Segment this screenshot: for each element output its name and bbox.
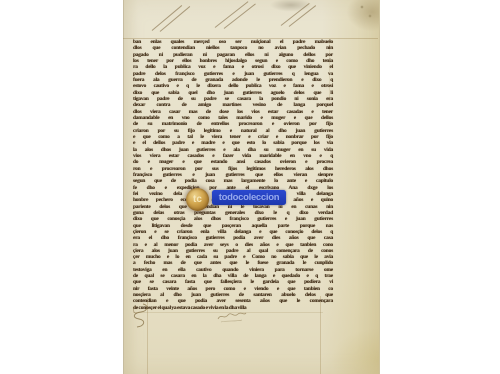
manuscript-line: dexar contra de amigo martines vesino de… xyxy=(133,102,333,108)
pen-scribble-doodle xyxy=(216,310,248,324)
todocoleccion-label: todocoleccion xyxy=(212,190,286,205)
manuscript-line: ra dello la publica voz e fama e otrosi … xyxy=(133,64,333,70)
manuscript-line: criaron por su fijo legitimo e natural a… xyxy=(133,128,333,134)
manuscript-line: ra e al menor podia aver seys o dies año… xyxy=(133,242,333,248)
manuscript-line: dlos que contendian niellos tanpoco no a… xyxy=(133,45,333,51)
manuscript-line: segun que de podia cosa mas largamente l… xyxy=(133,178,333,184)
manuscript-line: contendian e que podia aver sesenta años… xyxy=(133,298,333,304)
todocoleccion-watermark: tc todocoleccion xyxy=(186,187,287,213)
manuscript-line: ron e procrearon por sus fijos legitimos… xyxy=(133,166,333,172)
manuscript-line: dlos viera casar mas de dose los vios es… xyxy=(133,109,333,115)
manuscript-line: era el dho françisco gutierres podia ave… xyxy=(133,235,333,241)
manuscript-line: a fecho mas de que antes que le fuese gr… xyxy=(133,260,333,266)
manuscript-line: dixo que conosçia alos dhos françisco gu… xyxy=(133,216,333,222)
manuscript-line: do e muger e que estando ansi casados ov… xyxy=(133,159,333,165)
manuscript-line: la alos dhos juan gutierres e ala dha su… xyxy=(133,147,333,153)
todocoleccion-logo-icon: tc xyxy=(186,188,209,211)
pen-flourish-doodle xyxy=(129,302,153,330)
manuscript-photo: ban enlas quales merçed oso ser nuiçiona… xyxy=(0,0,500,374)
manuscript-line: que se casara fasta que fallesçiera le g… xyxy=(133,279,333,285)
manuscript-line: estovo cautivo e q le dixera dello publi… xyxy=(133,83,333,89)
manuscript-line: de su matrimonio de entrellos procrearon… xyxy=(133,121,333,127)
manuscript-line: e el dellos padre e madre e que esto lo … xyxy=(133,140,333,146)
manuscript-text-block: ban enlas quales merçed oso ser nuiçiona… xyxy=(133,39,333,311)
manuscript-line: que litigavan desde que pasçeran aquella… xyxy=(133,223,333,229)
